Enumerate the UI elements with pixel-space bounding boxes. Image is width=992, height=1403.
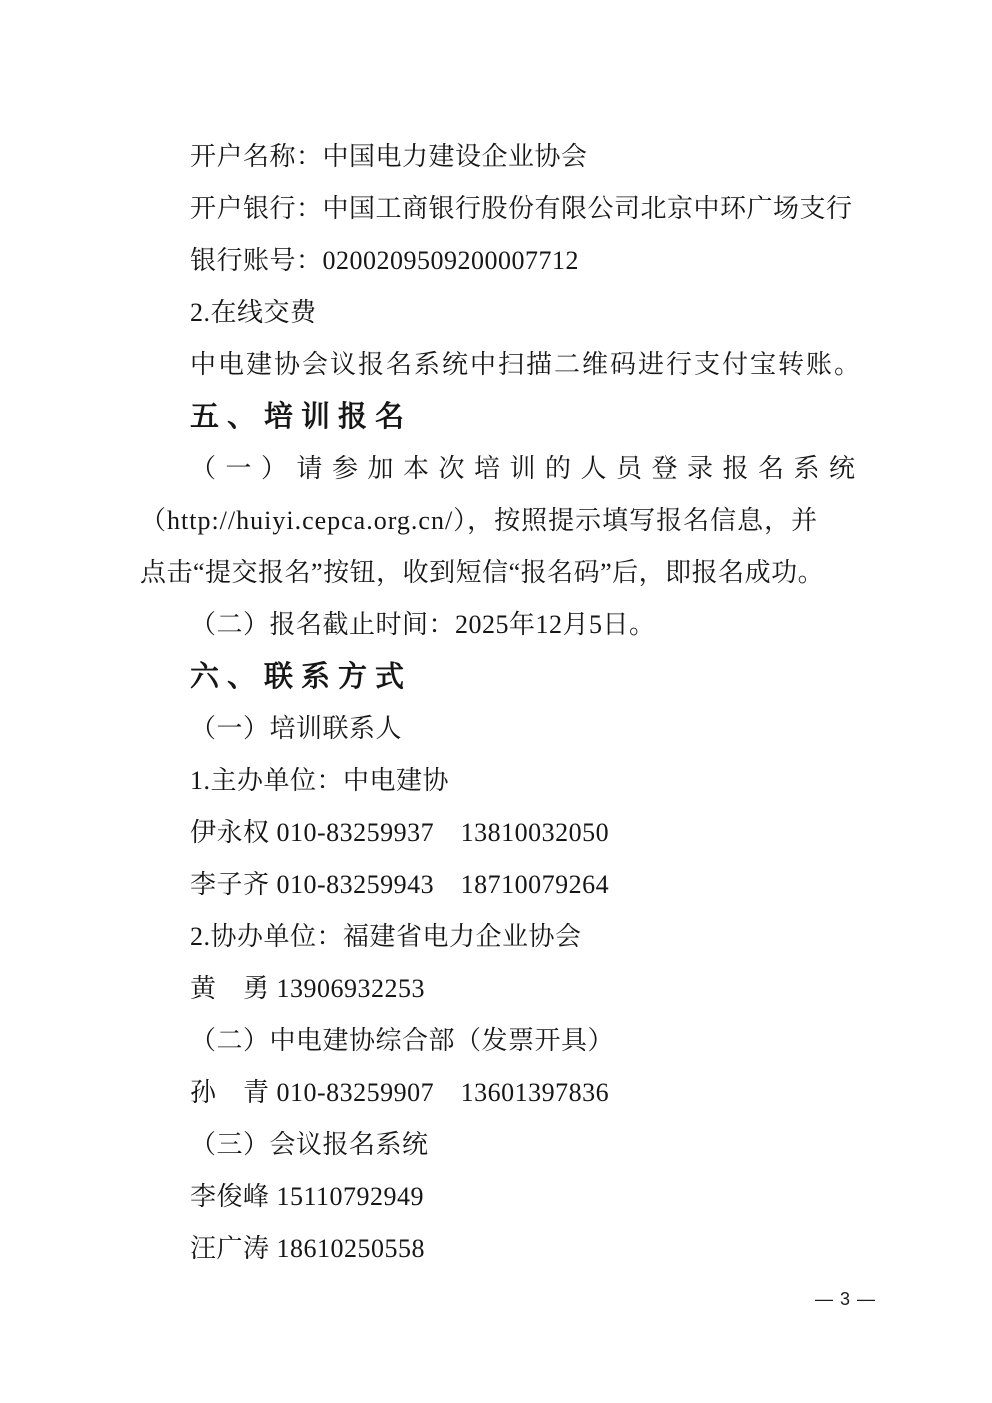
co-organizer-line: 2.协办单位：福建省电力企业协会 xyxy=(140,908,876,960)
section-5-training-registration-heading: 五、培训报名 xyxy=(140,388,876,440)
contact-wang-guangtao-line: 汪广涛 18610250558 xyxy=(140,1220,876,1272)
registration-system-url-line: （http://huiyi.cepca.org.cn/），按照提示填写报名信息，… xyxy=(140,492,876,544)
account-name-line: 开户名称：中国电力建设企业协会 xyxy=(140,128,876,180)
contact-li-junfeng-line: 李俊峰 15110792949 xyxy=(140,1168,876,1220)
invoice-department-subheading-line: （二）中电建协综合部（发票开具） xyxy=(140,1012,876,1064)
contact-li-ziqi-line: 李子齐 010-83259943 18710079264 xyxy=(140,856,876,908)
bank-name-line: 开户银行：中国工商银行股份有限公司北京中环广场支行 xyxy=(140,180,876,232)
document-page: 开户名称：中国电力建设企业协会 开户银行：中国工商银行股份有限公司北京中环广场支… xyxy=(0,0,992,1403)
section-6-contact-info-heading: 六、联系方式 xyxy=(140,648,876,700)
registration-instruction-line-3: 点击“提交报名”按钮，收到短信“报名码”后，即报名成功。 xyxy=(140,544,876,596)
contact-huang-yong-line: 黄 勇 13906932253 xyxy=(140,960,876,1012)
document-body: 开户名称：中国电力建设企业协会 开户银行：中国工商银行股份有限公司北京中环广场支… xyxy=(140,128,876,1272)
contact-sun-qing-line: 孙 青 010-83259907 13601397836 xyxy=(140,1064,876,1116)
contact-yi-yongquan-line: 伊永权 010-83259937 13810032050 xyxy=(140,804,876,856)
registration-system-subheading-line: （三）会议报名系统 xyxy=(140,1116,876,1168)
training-contacts-subheading-line: （一）培训联系人 xyxy=(140,700,876,752)
bank-account-number-line: 银行账号：0200209509200007712 xyxy=(140,232,876,284)
registration-instruction-line-1: （一）请参加本次培训的人员登录报名系统 xyxy=(140,440,876,492)
host-organization-line: 1.主办单位：中电建协 xyxy=(140,752,876,804)
online-payment-desc-line: 中电建协会议报名系统中扫描二维码进行支付宝转账。 xyxy=(140,336,876,388)
registration-deadline-line: （二）报名截止时间：2025年12月5日。 xyxy=(140,596,876,648)
page-number: — 3 — xyxy=(815,1284,876,1314)
online-payment-item-line: 2.在线交费 xyxy=(140,284,876,336)
